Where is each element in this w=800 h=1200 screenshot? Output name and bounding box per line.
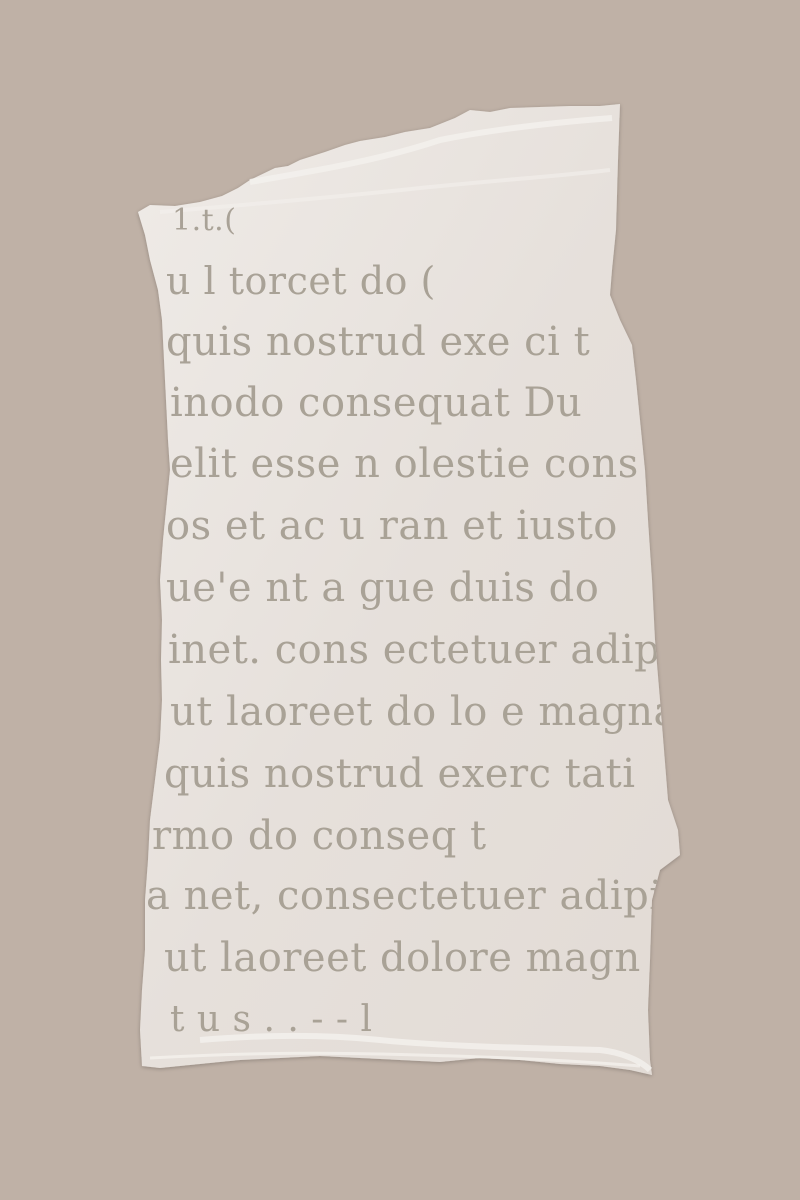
text-line-9: ut laoreet do lo e magna bbox=[170, 692, 678, 732]
text-line-10: quis nostrud exerc tati bbox=[164, 754, 635, 794]
text-line-12: a net, consectetuer adipi bbox=[146, 876, 663, 916]
text-line-5: elit esse n olestie cons bbox=[170, 444, 639, 484]
text-line-4: inodo consequat Du bbox=[170, 383, 582, 423]
text-line-6: os et ac u ran et iusto bbox=[166, 506, 618, 546]
text-line-2: u l torcet do ( bbox=[166, 262, 436, 300]
text-line-13: ut laoreet dolore magn bbox=[164, 938, 641, 978]
text-line-8: inet. cons ectetuer adip bbox=[168, 630, 660, 670]
torn-paper-scene: 1.t.( u l torcet do ( quis nostrud exe c… bbox=[0, 0, 800, 1200]
text-line-14: t u s . . - - l bbox=[170, 1002, 372, 1038]
text-line-11: rmo do conseq t bbox=[152, 816, 487, 856]
text-line-7: ue'e nt a gue duis do bbox=[166, 568, 599, 608]
text-line-1: 1.t.( bbox=[172, 206, 236, 236]
text-line-3: quis nostrud exe ci t bbox=[166, 322, 590, 362]
